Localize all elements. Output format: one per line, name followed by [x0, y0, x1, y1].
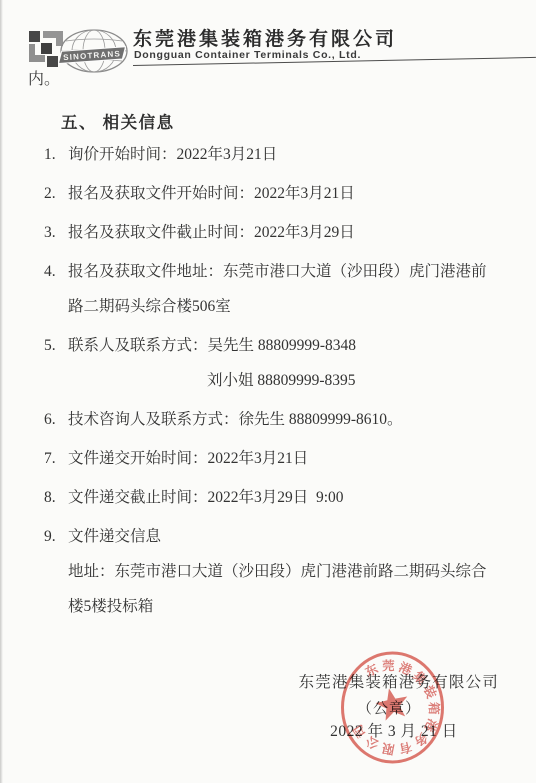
- stamp-star-icon: [373, 685, 411, 722]
- item-text: 报名及获取文件截止时间：2022年3月29日: [68, 215, 492, 250]
- item-text: 技术咨询人及联系方式：徐先生 88809999-8610。: [68, 402, 492, 437]
- item-number: 4.: [44, 254, 68, 324]
- company-seal-stamp: 东莞港集装箱港务有限公司: [336, 648, 449, 767]
- company-name-en: Dongguan Container Terminals Co., Ltd.: [134, 49, 361, 61]
- item-text-line2: 刘小姐 88809999-8395: [207, 363, 492, 398]
- section-title: 五、 相关信息: [61, 109, 175, 133]
- list-item: 8. 文件递交截止时间：2022年3月29日 9:00: [44, 480, 496, 515]
- item-number: 9.: [44, 519, 68, 624]
- item-text: 文件递交开始时间：2022年3月21日: [68, 441, 492, 476]
- list-item: 4. 报名及获取文件地址：东莞市港口大道（沙田段）虎门港港前路二期码头综合楼50…: [44, 254, 496, 324]
- info-list: 1. 询价开始时间：2022年3月21日 2. 报名及获取文件开始时间：2022…: [44, 137, 496, 628]
- item-text: 报名及获取文件地址：东莞市港口大道（沙田段）虎门港港前路二期码头综合楼506室: [68, 254, 492, 324]
- sinotrans-banner: SINOTRANS: [58, 47, 126, 64]
- company-name-cn: 东莞港集装箱港务有限公司: [133, 24, 397, 51]
- list-item: 6. 技术咨询人及联系方式：徐先生 88809999-8610。: [44, 402, 496, 437]
- carryover-text: 内。: [28, 66, 60, 89]
- item-text: 文件递交信息: [68, 519, 492, 554]
- list-item: 3. 报名及获取文件截止时间：2022年3月29日: [44, 215, 496, 250]
- item-number: 2.: [44, 176, 68, 211]
- item-number: 6.: [44, 402, 68, 437]
- item-number: 3.: [44, 215, 68, 250]
- list-item: 7. 文件递交开始时间：2022年3月21日: [44, 441, 496, 476]
- item-number: 7.: [44, 441, 68, 476]
- item-number: 1.: [44, 137, 68, 172]
- list-item: 2. 报名及获取文件开始时间：2022年3月21日: [44, 176, 496, 211]
- item-text-line2: 地址：东莞市港口大道（沙田段）虎门港港前路二期码头综合楼5楼投标箱: [68, 554, 492, 624]
- sinotrans-globe-icon: SINOTRANS: [58, 28, 130, 75]
- item-text: 联系人及联系方式：吴先生 88809999-8348: [68, 328, 492, 363]
- item-number: 5.: [44, 328, 68, 398]
- list-item: 5. 联系人及联系方式：吴先生 88809999-8348 刘小姐 888099…: [44, 328, 496, 398]
- list-item: 1. 询价开始时间：2022年3月21日: [44, 137, 496, 172]
- item-text: 文件递交截止时间：2022年3月29日 9:00: [68, 480, 492, 515]
- item-text: 报名及获取文件开始时间：2022年3月21日: [68, 176, 492, 211]
- scan-edge-shadow: [0, 0, 3, 783]
- list-item: 9. 文件递交信息 地址：东莞市港口大道（沙田段）虎门港港前路二期码头综合楼5楼…: [44, 519, 496, 624]
- item-number: 8.: [44, 480, 68, 515]
- document-page: SINOTRANS 东莞港集装箱港务有限公司 Dongguan Containe…: [0, 0, 536, 783]
- item-text: 询价开始时间：2022年3月21日: [68, 137, 492, 172]
